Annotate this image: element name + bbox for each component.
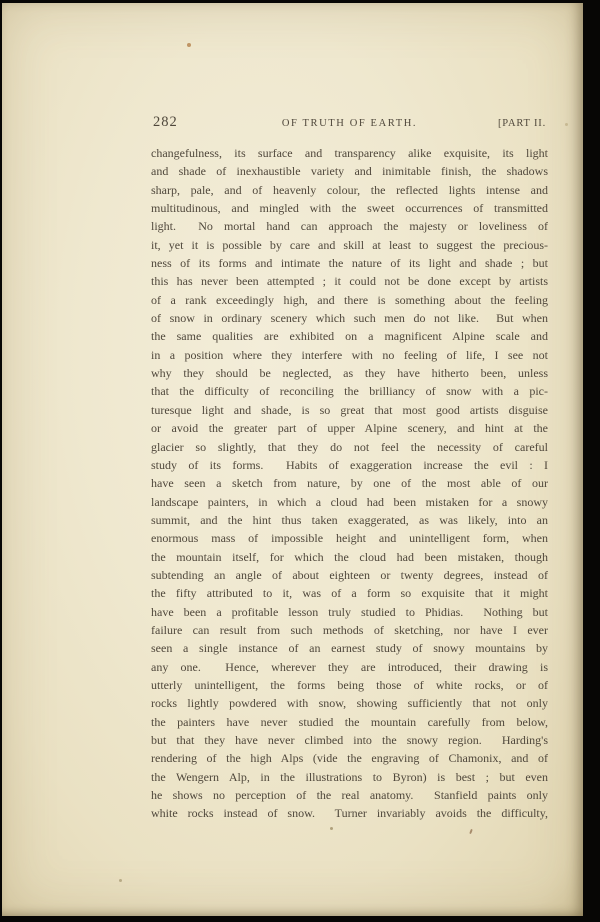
- text-line: rocks lightly powdered with snow, showin…: [151, 694, 548, 712]
- text-line: enormous mass of impossible height and u…: [151, 529, 548, 547]
- text-line: in a position where they interfere with …: [151, 346, 548, 364]
- text-line: the same qualities are exhibited on a ma…: [151, 327, 548, 345]
- text-line: but that they have never climbed into th…: [151, 731, 548, 749]
- text-line: summit, and the hint thus taken exaggera…: [151, 511, 548, 529]
- text-line: or avoid the greater part of upper Alpin…: [151, 419, 548, 437]
- text-line: it, yet it is possible by care and skill…: [151, 236, 548, 254]
- text-line: seen a single instance of an earnest stu…: [151, 639, 548, 657]
- paper: 282 OF TRUTH OF EARTH. [PART II. changef…: [2, 3, 583, 916]
- page-number: 282: [153, 114, 178, 131]
- text-line: sharp, pale, and of heavenly colour, the…: [151, 181, 548, 199]
- text-line: this has never been attempted ; it could…: [151, 272, 548, 290]
- scan-edge-left: [0, 0, 2, 922]
- text-line: white rocks instead of snow. Turner inva…: [151, 804, 548, 822]
- page-text: changefulness, its surface and transpare…: [151, 144, 548, 823]
- scan-speck: [469, 829, 473, 834]
- scan-speck: [565, 123, 568, 126]
- text-line: any one. Hence, wherever they are introd…: [151, 658, 548, 676]
- text-line: why they should be neglected, as they ha…: [151, 364, 548, 382]
- scanned-book-page: 282 OF TRUTH OF EARTH. [PART II. changef…: [0, 0, 600, 922]
- text-line: that the difficulty of reconciling the b…: [151, 382, 548, 400]
- text-line: rendering of the high Alps (vide the eng…: [151, 749, 548, 767]
- part-label: [PART II.: [498, 118, 546, 129]
- scan-speck: [330, 827, 333, 830]
- text-line: have seen a sketch from nature, by one o…: [151, 474, 548, 492]
- text-line: changefulness, its surface and transpare…: [151, 144, 548, 162]
- text-line: the Wengern Alp, in the illustrations to…: [151, 768, 548, 786]
- text-line: have been a profitable lesson truly stud…: [151, 603, 548, 621]
- running-title: OF TRUTH OF EARTH.: [282, 118, 417, 129]
- text-line: utterly unintelligent, the forms being t…: [151, 676, 548, 694]
- text-line: he shows no perception of the real anato…: [151, 786, 548, 804]
- text-line: glacier so slightly, that they do not fe…: [151, 438, 548, 456]
- scan-speck: [119, 879, 122, 882]
- text-line: failure can result from such methods of …: [151, 621, 548, 639]
- text-line: landscape painters, in which a cloud had…: [151, 493, 548, 511]
- text-line: of a rank exceedingly high, and there is…: [151, 291, 548, 309]
- text-line: light. No mortal hand can approach the m…: [151, 217, 548, 235]
- text-line: multitudinous, and mingled with the swee…: [151, 199, 548, 217]
- text-line: turesque light and shade, is so great th…: [151, 401, 548, 419]
- text-line: and shade of inexhaustible variety and i…: [151, 162, 548, 180]
- text-line: subtending an angle of about eighteen or…: [151, 566, 548, 584]
- scan-edge-right: [583, 0, 600, 922]
- scan-speck: [187, 43, 191, 47]
- page-header: 282 OF TRUTH OF EARTH. [PART II.: [151, 109, 548, 131]
- scan-edge-bottom: [0, 916, 600, 922]
- text-line: study of its forms. Habits of exaggerati…: [151, 456, 548, 474]
- text-line: the painters have never studied the moun…: [151, 713, 548, 731]
- scan-edge-top: [0, 0, 600, 3]
- text-line: ness of its forms and intimate the natur…: [151, 254, 548, 272]
- text-line: the mountain itself, for which the cloud…: [151, 548, 548, 566]
- text-line: of snow in ordinary scenery which such m…: [151, 309, 548, 327]
- text-line: the fifty attributed to it, was of a for…: [151, 584, 548, 602]
